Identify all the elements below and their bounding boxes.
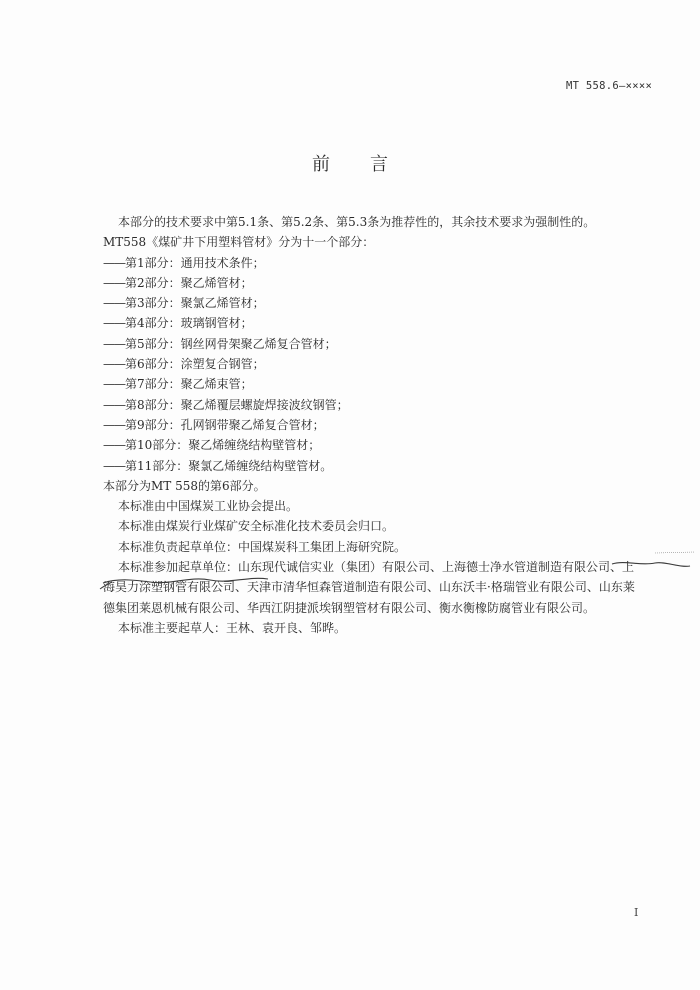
part-item: ——第3部分：聚氯乙烯管材； xyxy=(103,293,663,313)
participating-units-line-3: 德集团莱恩机械有限公司、华西江阴捷派埃钢塑管材有限公司、衡水衡橡防腐管业有限公司… xyxy=(103,598,663,618)
part-item: ——第6部分：涂塑复合钢管； xyxy=(103,354,663,374)
part-item: ——第8部分：聚乙烯覆层螺旋焊接波纹钢管； xyxy=(103,395,663,415)
part-item: ——第7部分：聚乙烯束管； xyxy=(103,374,663,394)
page-title: 前言 xyxy=(0,150,700,176)
dash: —— xyxy=(103,357,125,371)
dash: —— xyxy=(103,256,125,270)
dash: —— xyxy=(103,337,125,351)
this-part-statement: 本部分为MT 558的第6部分。 xyxy=(103,476,663,496)
page-number: I xyxy=(634,906,638,919)
part-item: ——第11部分：聚氯乙烯缠绕结构壁管材。 xyxy=(103,456,663,476)
participating-units-line-2: 海昊力涂塑钢管有限公司、天津市清华恒森管道制造有限公司、山东沃丰·格瑞管业有限公… xyxy=(103,577,663,597)
managed-by: 本标准由煤炭行业煤矿安全标准化技术委员会归口。 xyxy=(103,516,663,536)
dash: —— xyxy=(103,316,125,330)
intro-line: 本部分的技术要求中第5.1条、第5.2条、第5.3条为推荐性的，其余技术要求为强… xyxy=(103,212,663,232)
dash: —— xyxy=(103,377,125,391)
part-item: ——第4部分：玻璃钢管材； xyxy=(103,313,663,333)
part-item: ——第10部分：聚乙烯缠绕结构壁管材； xyxy=(103,435,663,455)
document-code: MT 558.6—×××× xyxy=(566,80,652,92)
dash: —— xyxy=(103,276,125,290)
dash: —— xyxy=(103,438,125,452)
part-item: ——第2部分：聚乙烯管材； xyxy=(103,273,663,293)
lead-drafter: 本标准负责起草单位：中国煤炭科工集团上海研究院。 xyxy=(103,537,663,557)
dash: —— xyxy=(103,418,125,432)
main-drafters: 本标准主要起草人：王林、袁开良、邹晔。 xyxy=(103,618,663,638)
proposed-by: 本标准由中国煤炭工业协会提出。 xyxy=(103,496,663,516)
dash: —— xyxy=(103,398,125,412)
series-line: MT558《煤矿井下用塑料管材》分为十一个部分： xyxy=(103,232,663,252)
foreword-body: 本部分的技术要求中第5.1条、第5.2条、第5.3条为推荐性的，其余技术要求为强… xyxy=(103,212,663,638)
part-item: ——第9部分：孔网钢带聚乙烯复合管材； xyxy=(103,415,663,435)
participating-units-line-1: 本标准参加起草单位：山东现代诚信实业（集团）有限公司、上海德士净水管道制造有限公… xyxy=(103,557,663,577)
dash: —— xyxy=(103,459,125,473)
underlined-company: 德集团莱恩机械有限公司 xyxy=(103,601,235,615)
part-item: ——第1部分：通用技术条件； xyxy=(103,253,663,273)
part-item: ——第5部分：钢丝网骨架聚乙烯复合管材； xyxy=(103,334,663,354)
dash: —— xyxy=(103,296,125,310)
